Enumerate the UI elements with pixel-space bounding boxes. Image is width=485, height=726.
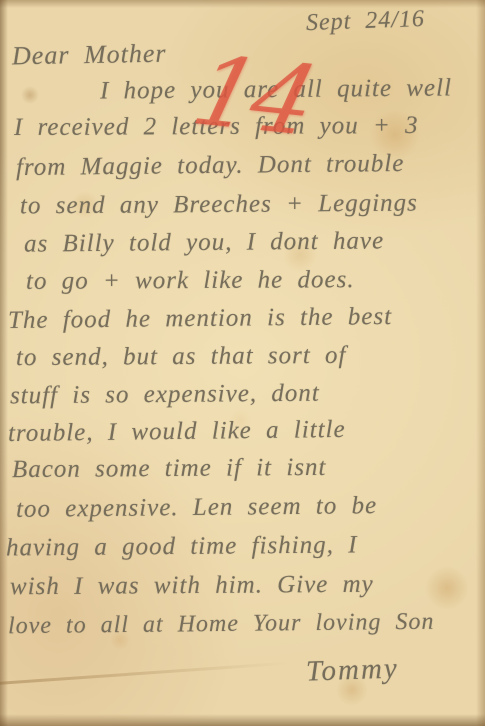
- letter-line: to go + work like he does.: [26, 266, 355, 296]
- letter-date: Sept 24/16: [306, 6, 426, 37]
- letter-line: The food he mention is the best: [8, 303, 392, 335]
- letter-line: wish I was with him. Give my: [10, 571, 374, 602]
- letter-line: Bacon some time if it isnt: [12, 454, 327, 484]
- paper-crease: [0, 662, 290, 686]
- letter-line: to send any Breeches + Leggings: [20, 190, 418, 221]
- letter-line: as Billy told you, I dont have: [24, 227, 384, 258]
- letter-line: to send, but as that sort of: [16, 342, 347, 372]
- letter-line: love to all at Home Your loving Son: [8, 609, 435, 640]
- letter-paper: Sept 24/16 Dear Mother I hope you are al…: [0, 0, 485, 726]
- letter-line: stuff is so expensive, dont: [10, 380, 320, 411]
- letter-signature: Tommy: [305, 652, 399, 688]
- letter-greeting: Dear Mother: [12, 39, 167, 72]
- letter-line: trouble, I would like a little: [8, 416, 346, 448]
- letter-line: having a good time fishing, I: [6, 531, 358, 562]
- letter-line: too expensive. Len seem to be: [16, 492, 377, 524]
- letter-line: from Maggie today. Dont trouble: [16, 150, 405, 182]
